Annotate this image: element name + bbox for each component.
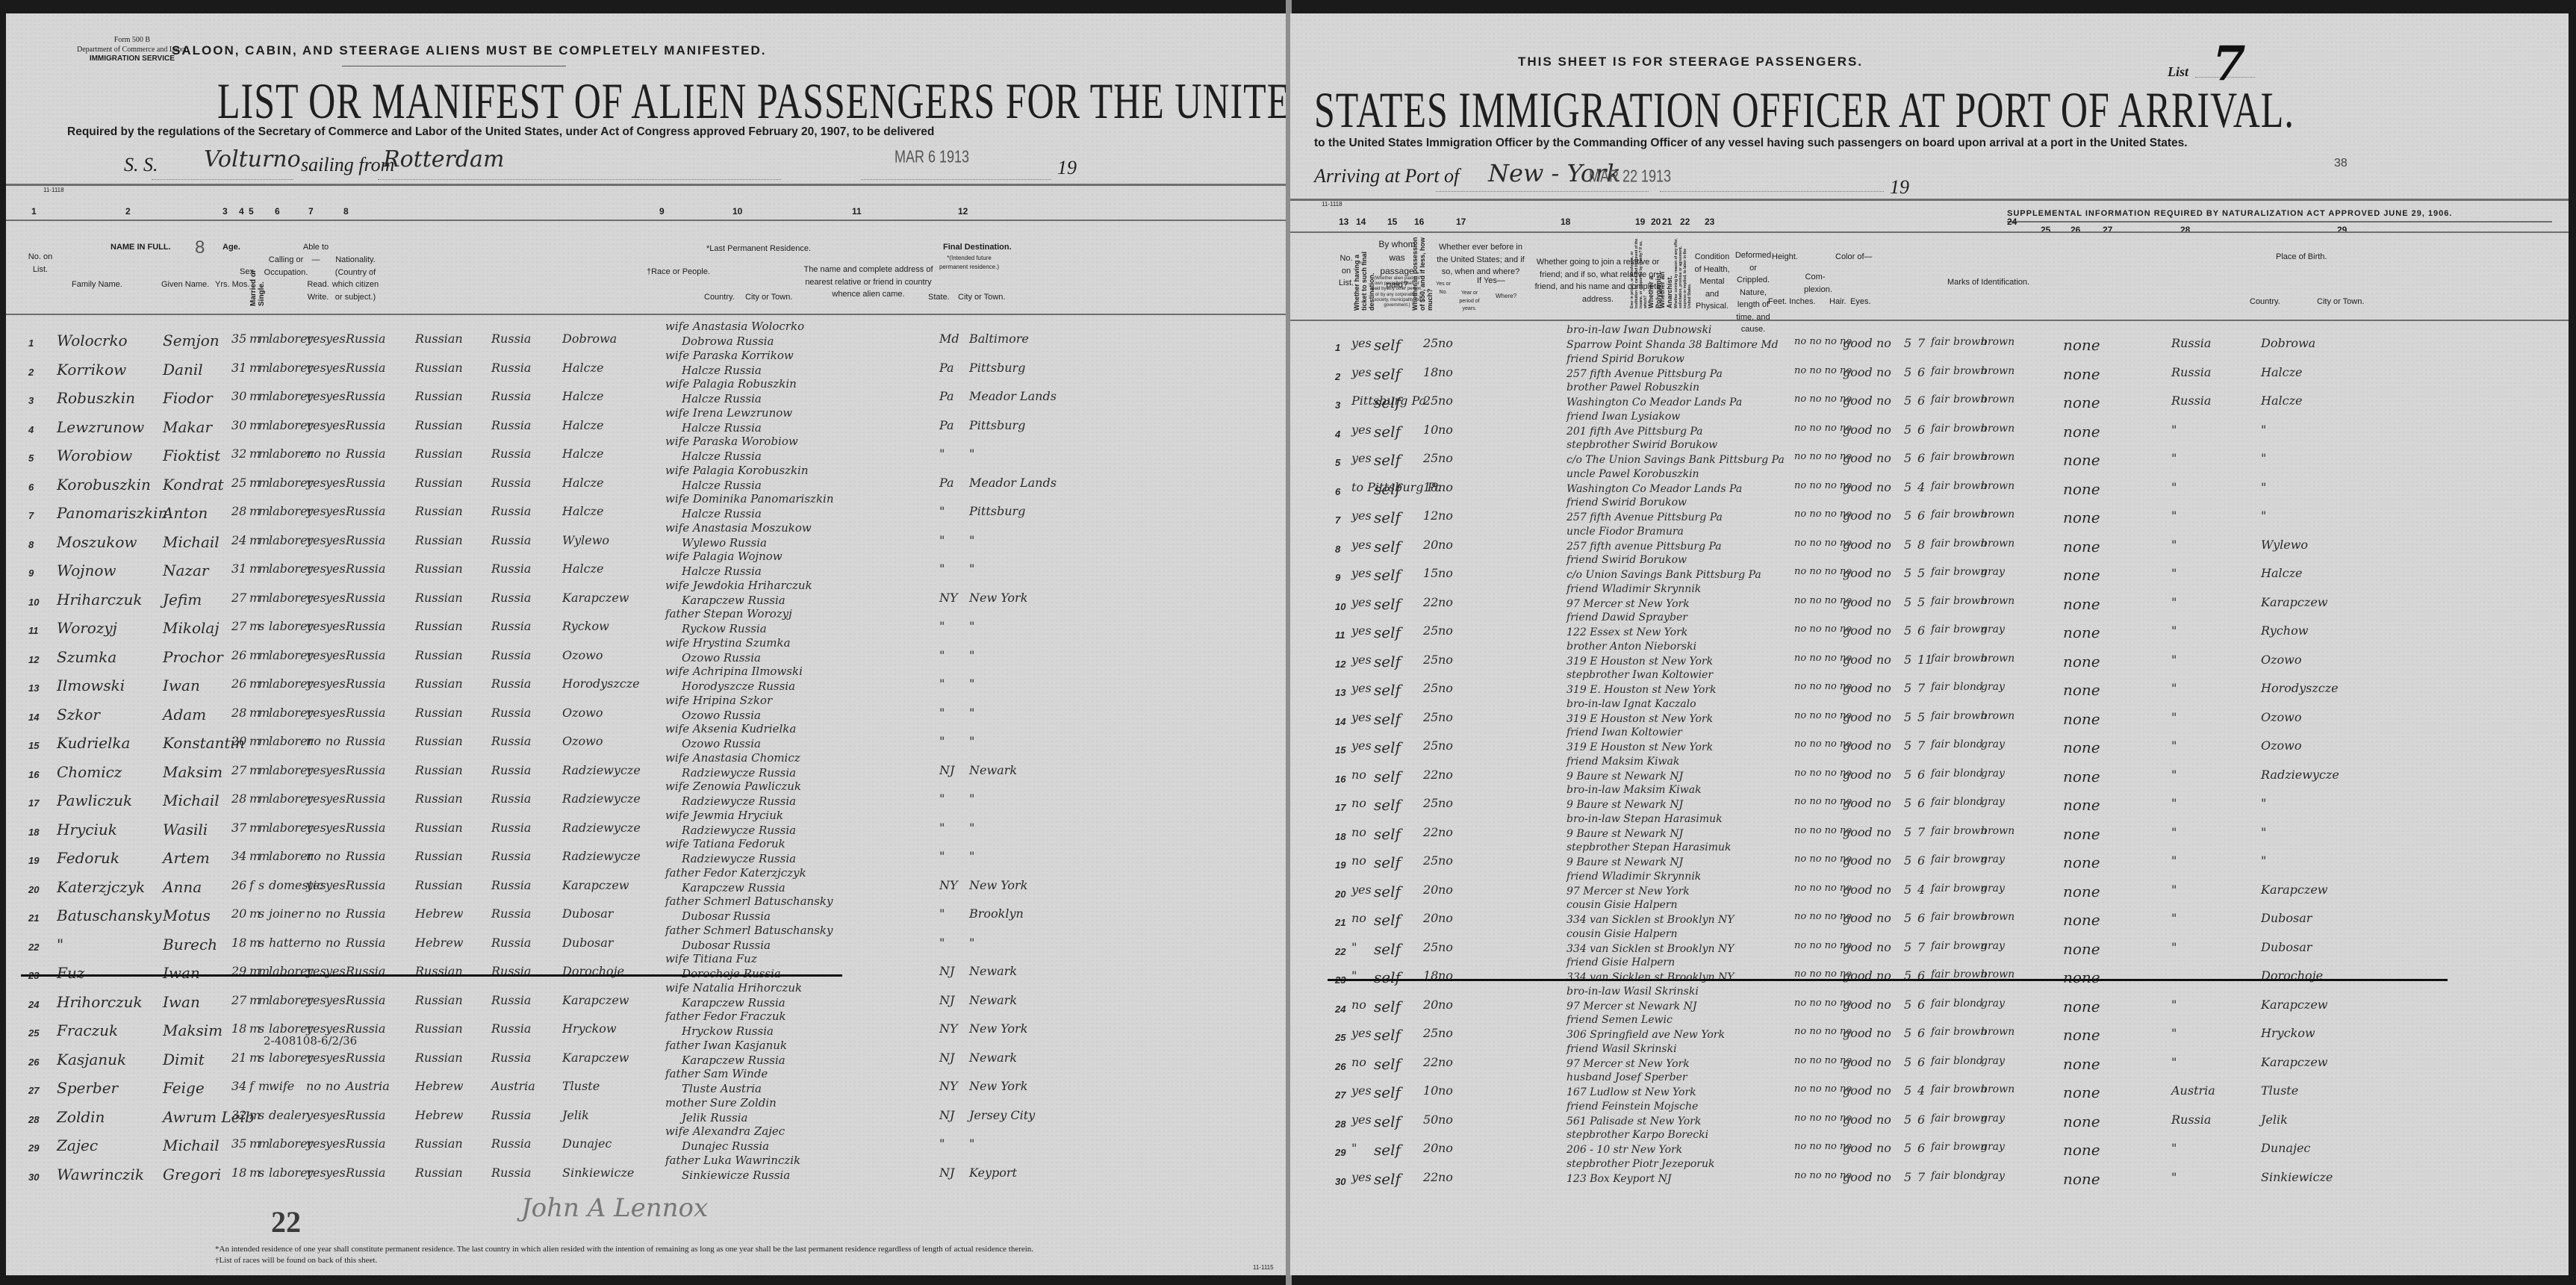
- residence-city: Dunajec: [562, 1136, 612, 1151]
- table-row: 30WawrinczikGregori18mslaboreryesyesRuss…: [6, 1163, 1289, 1191]
- column-number: 9: [659, 206, 665, 217]
- joining-address: 206 - 10 str New York: [1567, 1144, 1682, 1156]
- able-to-write: yes: [326, 676, 346, 691]
- right-manifest-sheet: THIS SHEET IS FOR STEERAGE PASSENGERS. L…: [1290, 13, 2569, 1275]
- dest-city: Meador Lands: [969, 389, 1057, 403]
- height-inches: 6: [1917, 1141, 1925, 1155]
- row-number: 30: [28, 1172, 39, 1183]
- ss-label: S. S.: [124, 154, 158, 176]
- row-number: 9: [1335, 572, 1340, 583]
- money-amount: 25: [1423, 336, 1438, 350]
- eye-color: brown: [1981, 423, 2015, 435]
- able-to-write: yes: [326, 619, 346, 633]
- table-row: 27SperberFeige34fmwifenonoAustriaHebrewA…: [6, 1076, 1289, 1104]
- height-inches: 5: [1917, 595, 1925, 609]
- nearest-relative: wife Paraska Korrikow: [665, 349, 794, 362]
- header-year-period: Year or period of years.: [1456, 290, 1483, 314]
- able-to-write: yes: [326, 361, 346, 375]
- family-name: Hrihorczuk: [57, 993, 143, 1011]
- relative-address: Radziewycze Russia: [682, 852, 796, 865]
- passage-paid-by: self: [1374, 595, 1401, 613]
- table-row: 17PawliczukMichail28mmlaboreryesyesRussi…: [6, 788, 1289, 817]
- ticket-to-destination: yes: [1351, 1113, 1372, 1127]
- row-number: 14: [1335, 716, 1345, 727]
- age: 28: [231, 791, 246, 806]
- birth-city: Dubosar: [2261, 940, 2312, 954]
- race: Russian: [415, 591, 463, 605]
- dest-city: ": [969, 447, 974, 461]
- complexion: fair: [1931, 653, 1950, 665]
- row-number: 21: [1335, 917, 1345, 928]
- money-amount: 25: [1423, 681, 1438, 695]
- eye-color: gray: [1981, 796, 2005, 808]
- footnote-races: †List of races will be found on back of …: [215, 1255, 1275, 1266]
- birth-country: Austria: [2171, 1083, 2215, 1098]
- deformed: no: [1876, 911, 1891, 925]
- able-to-write: yes: [326, 504, 346, 518]
- nearest-relative: mother Sure Zoldin: [665, 1096, 777, 1110]
- complexion: fair: [1931, 940, 1950, 952]
- table-row: 23"self18nofriend Gisie Halpern334 van S…: [1290, 965, 2569, 994]
- family-name: Kasjanuk: [57, 1051, 126, 1068]
- dest-state: ": [939, 447, 945, 461]
- row-number: 20: [28, 884, 39, 895]
- dest-city: Brooklyn: [969, 906, 1024, 921]
- able-to-read: no: [306, 447, 321, 461]
- age: 28: [231, 706, 246, 720]
- column-number: 26: [2071, 225, 2080, 235]
- marital-status: s: [258, 878, 264, 892]
- nearest-relative: wife Hrystina Szumka: [665, 636, 791, 650]
- race: Russian: [415, 476, 463, 490]
- table-row: 20KaterzjczykAnna26fsdomesticyesyesRussi…: [6, 875, 1289, 903]
- height-feet: 5: [1904, 1055, 1911, 1069]
- ticket-to-destination: yes: [1351, 451, 1372, 465]
- deformed: no: [1876, 365, 1891, 379]
- residence-country: Russia: [491, 1108, 531, 1122]
- residence-city: Jelik: [562, 1108, 589, 1122]
- joining-relative: brother Pawel Robuszkin: [1567, 382, 1699, 393]
- family-name: Wolocrko: [57, 332, 128, 349]
- residence-city: Karapczew: [562, 1051, 629, 1065]
- column-number: 25: [2041, 225, 2050, 235]
- given-name: Maksim: [163, 763, 223, 781]
- eye-color: brown: [1981, 393, 2015, 405]
- header-final-destination: Final Destination.: [943, 241, 1012, 254]
- birth-country: ": [2171, 595, 2177, 609]
- row-number: 14: [28, 712, 39, 723]
- age: 20: [231, 734, 246, 748]
- complexion: fair: [1931, 480, 1950, 492]
- height-inches: 8: [1917, 538, 1925, 552]
- birth-city: Karapczew: [2261, 1055, 2327, 1069]
- previously-in-us: no: [1438, 451, 1453, 465]
- sailing-from-port: Rotterdam: [383, 146, 504, 172]
- complexion: fair: [1931, 853, 1950, 865]
- row-number: 24: [28, 999, 39, 1010]
- age: 20: [231, 906, 246, 921]
- residence-country: Russia: [491, 1136, 531, 1151]
- age: 31: [231, 361, 246, 375]
- age: 27: [231, 993, 246, 1007]
- height-inches: 6: [1917, 508, 1925, 523]
- relative-address: Ozowo Russia: [682, 651, 761, 665]
- dest-state: NJ: [939, 1051, 954, 1065]
- age: 30: [231, 389, 246, 403]
- form-service: IMMIGRATION SERVICE: [77, 55, 187, 64]
- joining-address: 319 E Houston st New York: [1567, 713, 1713, 725]
- health-condition: good: [1843, 336, 1873, 350]
- row-number: 19: [1335, 859, 1345, 871]
- row-number: 5: [1335, 457, 1340, 468]
- table-row: 6to Pittsburg Paself18nouncle Pawel Koro…: [1290, 477, 2569, 505]
- passage-paid-by: self: [1374, 538, 1401, 556]
- height-inches: 6: [1917, 365, 1925, 379]
- height-inches: 6: [1917, 1113, 1925, 1127]
- previously-in-us: no: [1438, 393, 1453, 408]
- column-number: 24: [2007, 217, 2017, 227]
- identification-marks: none: [2063, 451, 2100, 469]
- able-to-write: yes: [326, 648, 346, 662]
- passage-paid-by: self: [1374, 911, 1401, 929]
- family-name: ": [57, 936, 63, 953]
- column-number: 20: [1651, 217, 1661, 227]
- height-inches: 7: [1917, 1170, 1925, 1184]
- ticket-to-destination: yes: [1351, 1026, 1372, 1040]
- height-feet: 5: [1904, 796, 1911, 810]
- birth-country: ": [2171, 480, 2177, 494]
- port-line: [1436, 191, 1649, 192]
- ship-name-line: [152, 179, 293, 180]
- money-amount: 22: [1423, 1055, 1438, 1069]
- race: Hebrew: [415, 1079, 463, 1093]
- marital-status: s: [258, 906, 264, 921]
- money-amount: 18: [1423, 365, 1438, 379]
- form-code: 11-1118: [43, 187, 64, 193]
- family-name: Korrikow: [57, 361, 126, 379]
- residence-country: Russia: [491, 1021, 531, 1036]
- ticket-to-destination: yes: [1351, 1083, 1372, 1098]
- birth-country: ": [2171, 508, 2177, 523]
- able-to-write: yes: [326, 476, 346, 490]
- able-to-read: no: [306, 1079, 321, 1093]
- table-row: 11WorozyjMikolaj27mslaboreryesyesRussiaR…: [6, 616, 1289, 644]
- passage-paid-by: self: [1374, 1113, 1401, 1130]
- deformed: no: [1876, 738, 1891, 753]
- money-amount: 18: [1423, 480, 1438, 494]
- identification-marks: none: [2063, 940, 2100, 958]
- family-name: Fuz: [57, 964, 84, 982]
- previously-in-us: no: [1438, 653, 1453, 667]
- column-number-rule-right: [1290, 231, 2569, 233]
- passage-paid-by: self: [1374, 1083, 1401, 1101]
- eye-color: gray: [1981, 623, 2005, 635]
- age: 18: [231, 1166, 246, 1180]
- marital-status: m: [258, 332, 270, 346]
- joining-address: 257 fifth avenue Pittsburg Pa: [1567, 541, 1722, 553]
- birth-country: ": [2171, 1026, 2177, 1040]
- birth-country: Russia: [2171, 393, 2211, 408]
- nearest-relative: wife Natalia Hrihorczuk: [665, 981, 802, 995]
- birth-city: ": [2261, 853, 2266, 868]
- residence-country: Russia: [491, 504, 531, 518]
- birth-city: ": [2261, 423, 2266, 437]
- header-nationality: Nationality. (Country of which citizen o…: [329, 254, 382, 303]
- health-condition: good: [1843, 451, 1873, 465]
- height-feet: 5: [1904, 883, 1911, 897]
- joining-address: 167 Ludlow st New York: [1567, 1086, 1696, 1098]
- family-name: Szkor: [57, 706, 100, 724]
- passage-paid-by: self: [1374, 825, 1401, 843]
- given-name: Mikolaj: [163, 619, 220, 637]
- hair-color: blond: [1953, 998, 1983, 1009]
- money-amount: 20: [1423, 883, 1438, 897]
- deformed: no: [1876, 1026, 1891, 1040]
- residence-city: Dobrowa: [562, 332, 617, 346]
- relative-address: Radziewycze Russia: [682, 766, 796, 780]
- height-inches: 7: [1917, 336, 1925, 350]
- joining-address: 257 fifth Avenue Pittsburg Pa: [1567, 511, 1723, 523]
- ticket-to-destination: ": [1351, 1141, 1357, 1155]
- birth-city: ": [2261, 796, 2266, 810]
- deformed: no: [1876, 1083, 1891, 1098]
- height-inches: 7: [1917, 940, 1925, 954]
- height-inches: 6: [1917, 911, 1925, 925]
- table-row: 24HrihorczukIwan27mmlaboreryesyesRussiaR…: [6, 990, 1289, 1018]
- passage-paid-by: self: [1374, 365, 1401, 383]
- given-name: Gregori: [163, 1166, 221, 1183]
- able-to-read: no: [306, 936, 321, 950]
- header-birth-country: Country.: [2250, 296, 2280, 308]
- footnotes: *An intended residence of one year shall…: [215, 1244, 1275, 1267]
- given-name: Kondrat: [163, 476, 224, 494]
- birth-country: ": [2171, 911, 2177, 925]
- family-name: Moszukow: [57, 533, 137, 551]
- previously-in-us: no: [1438, 825, 1453, 839]
- header-prison: Ever in prison, or almshouse, or institu…: [1630, 237, 1648, 308]
- header-eyes: Eyes.: [1850, 296, 1871, 308]
- row-number: 12: [28, 654, 39, 665]
- identification-marks: none: [2063, 853, 2100, 871]
- nationality: Russia: [346, 361, 385, 375]
- ticket-to-destination: yes: [1351, 738, 1372, 753]
- row-number: 18: [28, 827, 39, 838]
- residence-country: Austria: [491, 1079, 535, 1093]
- marital-status: m: [258, 791, 270, 806]
- column-number: 2: [125, 206, 131, 217]
- table-row: 26KasjanukDimit21mslaboreryesyesRussiaRu…: [6, 1048, 1289, 1076]
- marital-status: m: [258, 389, 270, 403]
- header-feet-inches: Feet. Inches.: [1768, 296, 1816, 308]
- health-condition: good: [1843, 738, 1873, 753]
- family-name: Worobiow: [57, 447, 132, 464]
- form-department: Department of Commerce and Labor: [77, 46, 187, 55]
- money-amount: 20: [1423, 1141, 1438, 1155]
- nationality: Russia: [346, 821, 385, 835]
- passage-paid-by: self: [1374, 393, 1401, 411]
- joining-relative: stepbrother Iwan Koltowier: [1567, 669, 1713, 681]
- deformed: no: [1876, 710, 1891, 724]
- eye-color: brown: [1981, 336, 2015, 348]
- nationality: Russia: [346, 1136, 385, 1151]
- able-to-write: no: [326, 936, 340, 950]
- list-label: List: [2168, 64, 2188, 80]
- race: Russian: [415, 447, 463, 461]
- residence-city: Halcze: [562, 389, 603, 403]
- age: 26: [231, 648, 246, 662]
- residence-country: Russia: [491, 1051, 531, 1065]
- table-row: 21noself20nocousin Gisie Halpern334 van …: [1290, 908, 2569, 936]
- joining-address: 97 Mercer st New York: [1567, 1058, 1690, 1070]
- occupation: wife: [269, 1079, 294, 1093]
- table-row: 5WorobiowFioktist32mmlaborernonoRussiaRu…: [6, 444, 1289, 472]
- health-condition: good: [1843, 480, 1873, 494]
- height-inches: 6: [1917, 853, 1925, 868]
- joining-address: 122 Essex st New York: [1567, 626, 1687, 638]
- height-feet: 5: [1904, 623, 1911, 638]
- complexion: fair: [1931, 451, 1950, 463]
- height-feet: 5: [1904, 1113, 1911, 1127]
- race: Russian: [415, 849, 463, 863]
- birth-country: ": [2171, 710, 2177, 724]
- dest-state: Pa: [939, 418, 954, 432]
- dest-city: Meador Lands: [969, 476, 1057, 490]
- eye-color: gray: [1981, 883, 2005, 894]
- header-last-residence: *Last Permanent Residence.: [706, 243, 811, 255]
- nationality: Russia: [346, 1051, 385, 1065]
- residence-city: Sinkiewicze: [562, 1166, 634, 1180]
- joining-relative: bro-in-law Iwan Dubnowski: [1567, 324, 1711, 336]
- table-row: 7PanomariszkinAnton28mmlaboreryesyesRuss…: [6, 501, 1289, 529]
- marital-status: m: [258, 706, 270, 720]
- dest-city: ": [969, 1136, 974, 1151]
- able-to-read: yes: [306, 619, 326, 633]
- table-row: 22"Burech18mshatternonoRussiaHebrewRussi…: [6, 933, 1289, 961]
- height-inches: 6: [1917, 768, 1925, 782]
- relative-address: Ozowo Russia: [682, 709, 761, 722]
- health-condition: good: [1843, 538, 1873, 552]
- table-row: 29ZajecMichail35mmlaboreryesyesRussiaRus…: [6, 1133, 1289, 1162]
- header-height: Height.: [1772, 251, 1798, 264]
- row-number: 10: [28, 597, 39, 608]
- family-name: Robuszkin: [57, 389, 135, 407]
- birth-city: Radziewycze: [2261, 768, 2339, 782]
- birth-city: Hryckow: [2261, 1026, 2315, 1040]
- nationality: Russia: [346, 734, 385, 748]
- nearest-relative: wife Dominika Panomariszkin: [665, 492, 834, 505]
- marital-status: m: [258, 763, 270, 777]
- header-nearest-relative: The name and complete address of nearest…: [794, 264, 943, 301]
- able-to-write: yes: [326, 418, 346, 432]
- given-name: Semjon: [163, 332, 220, 349]
- height-feet: 5: [1904, 508, 1911, 523]
- able-to-write: yes: [326, 763, 346, 777]
- row-number: 30: [1335, 1176, 1345, 1187]
- able-to-read: yes: [306, 361, 326, 375]
- height-feet: 5: [1904, 595, 1911, 609]
- residence-country: Russia: [491, 361, 531, 375]
- dest-state: ": [939, 533, 945, 547]
- residence-city: Wylewo: [562, 533, 609, 547]
- identification-marks: none: [2063, 968, 2100, 986]
- complexion: fair: [1931, 393, 1950, 405]
- eye-color: gray: [1981, 566, 2005, 578]
- row-number: 16: [1335, 774, 1345, 785]
- race: Russian: [415, 1136, 463, 1151]
- eye-color: gray: [1981, 1055, 2005, 1067]
- health-condition: good: [1843, 566, 1873, 580]
- header-color-of: Color of—: [1835, 251, 1873, 264]
- nationality: Russia: [346, 533, 385, 547]
- column-number: 18: [1561, 217, 1570, 227]
- row-number: 29: [28, 1142, 39, 1154]
- residence-city: Ozowo: [562, 706, 603, 720]
- health-condition: good: [1843, 853, 1873, 868]
- nearest-relative: wife Aksenia Kudrielka: [665, 722, 796, 735]
- arrival-date-stamp: MAR 22 1913: [1589, 167, 1671, 187]
- joining-relative: stepbrother Piotr Jezeporuk: [1567, 1158, 1714, 1170]
- able-to-read: yes: [306, 1108, 326, 1122]
- row-number: 4: [28, 424, 34, 435]
- previously-in-us: no: [1438, 595, 1453, 609]
- able-to-read: yes: [306, 504, 326, 518]
- deformed: no: [1876, 508, 1891, 523]
- nationality: Russia: [346, 476, 385, 490]
- able-to-read: yes: [306, 476, 326, 490]
- arrival-year-label: 19: [1890, 176, 1909, 199]
- residence-country: Russia: [491, 332, 531, 346]
- identification-marks: none: [2063, 911, 2100, 929]
- table-row: 18noself22nobro-in-law Stepan Harasimuk9…: [1290, 822, 2569, 850]
- header-bottom-rule-right: [1290, 320, 2569, 321]
- residence-country: Russia: [491, 936, 531, 950]
- able-to-write: yes: [326, 706, 346, 720]
- dest-state: ": [939, 936, 945, 950]
- dest-state: Md: [939, 332, 959, 346]
- joining-address: 97 Mercer st New York: [1567, 598, 1690, 610]
- previously-in-us: no: [1438, 566, 1453, 580]
- complexion: fair: [1931, 1083, 1950, 1095]
- joining-relative: friend Wladimir Skrynnik: [1567, 583, 1701, 595]
- birth-country: ": [2171, 768, 2177, 782]
- given-name: Burech: [163, 936, 217, 953]
- marital-status: s: [258, 1166, 264, 1180]
- header-hair: Hair.: [1829, 296, 1847, 308]
- joining-relative: cousin Gisie Halpern: [1567, 899, 1677, 911]
- money-amount: 22: [1423, 768, 1438, 782]
- previously-in-us: no: [1438, 768, 1453, 782]
- table-row: 19FedorukArtem34mmlaborernonoRussiaRussi…: [6, 846, 1289, 874]
- ticket-to-destination: yes: [1351, 653, 1372, 667]
- manifest-banner: SALOON, CABIN, AND STEERAGE ALIENS MUST …: [172, 43, 767, 58]
- deformed: no: [1876, 998, 1891, 1012]
- eye-color: gray: [1981, 1141, 2005, 1153]
- complexion: fair: [1931, 681, 1950, 693]
- previously-in-us: no: [1438, 480, 1453, 494]
- column-number: 22: [1680, 217, 1690, 227]
- complexion: fair: [1931, 508, 1950, 520]
- family-name: Szumka: [57, 648, 116, 666]
- passage-paid-by: self: [1374, 796, 1401, 814]
- row-number: 25: [28, 1027, 39, 1039]
- relative-address: Karapczew Russia: [682, 881, 785, 894]
- able-to-write: yes: [326, 533, 346, 547]
- height-inches: 6: [1917, 1026, 1925, 1040]
- row-number: 26: [28, 1057, 39, 1068]
- nationality: Russia: [346, 763, 385, 777]
- joining-relative: bro-in-law Wasil Skrinski: [1567, 986, 1699, 998]
- residence-country: Russia: [491, 734, 531, 748]
